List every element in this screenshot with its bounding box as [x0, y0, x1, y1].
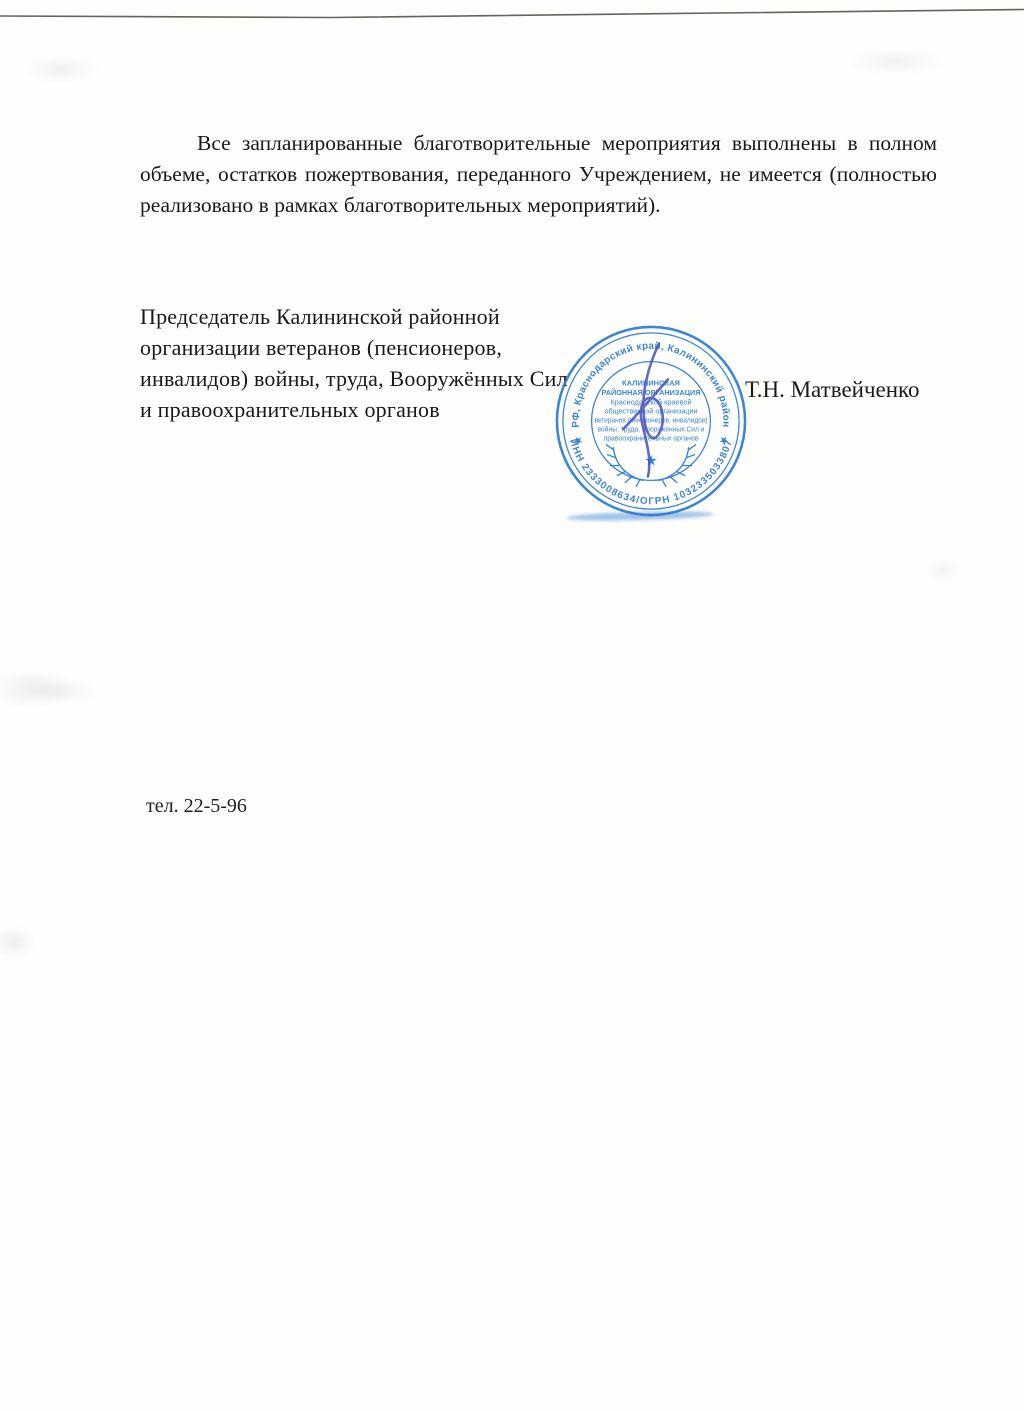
laurel-left-icon [606, 445, 643, 487]
body-paragraph: Все запланированные благотворительные ме… [140, 128, 937, 221]
phone-number: тел. 22-5-96 [146, 795, 247, 818]
stamp-ring-bottom-text: ИНН 2333008634/ОГРН 1032335033807 [567, 438, 735, 507]
svg-text:войны, труда, Вооруженных Сил: войны, труда, Вооруженных Сил и [598, 425, 705, 433]
scanned-document-page: { "page": { "paragraph": "Все запланиров… [0, 0, 1024, 1413]
stamp-seal-icon: ★РФ, Краснодарский край, Калининский рай… [552, 322, 750, 520]
star-icon: ★ [644, 454, 657, 470]
svg-text:КАЛИНИНСКАЯ: КАЛИНИНСКАЯ [622, 378, 680, 387]
scan-smudge [925, 558, 961, 582]
signatory-title-block: Председатель Калининской районной органи… [140, 301, 568, 425]
laurel-right-icon [659, 445, 696, 487]
scan-smudge [0, 668, 78, 710]
svg-text:общественной организации: общественной организации [604, 408, 697, 416]
signatory-title-line: инвалидов) войны, труда, Вооружённых Сил [140, 363, 568, 394]
scan-smudge [845, 48, 945, 76]
svg-text:РАЙОННАЯ ОРГАНИЗАЦИЯ: РАЙОННАЯ ОРГАНИЗАЦИЯ [602, 388, 701, 397]
scan-smudge [22, 55, 102, 85]
signatory-title-line: и правоохранительных органов [140, 394, 568, 425]
signatory-name: Т.Н. Матвейченко [745, 377, 920, 403]
scan-smudge [30, 678, 100, 704]
scan-edge-line [0, 0, 1024, 26]
organization-stamp: ★РФ, Краснодарский край, Калининский рай… [552, 322, 750, 520]
stamp-center-text: КАЛИНИНСКАЯ РАЙОННАЯ ОРГАНИЗАЦИЯ Краснод… [595, 378, 708, 442]
svg-text:ветеранов (пенсионеров, инвали: ветеранов (пенсионеров, инвалидов) [595, 416, 708, 424]
signatory-title-line: организации ветеранов (пенсионеров, [140, 332, 568, 363]
signatory-title-line: Председатель Калининской районной [140, 301, 568, 332]
scan-smudge [0, 925, 36, 959]
